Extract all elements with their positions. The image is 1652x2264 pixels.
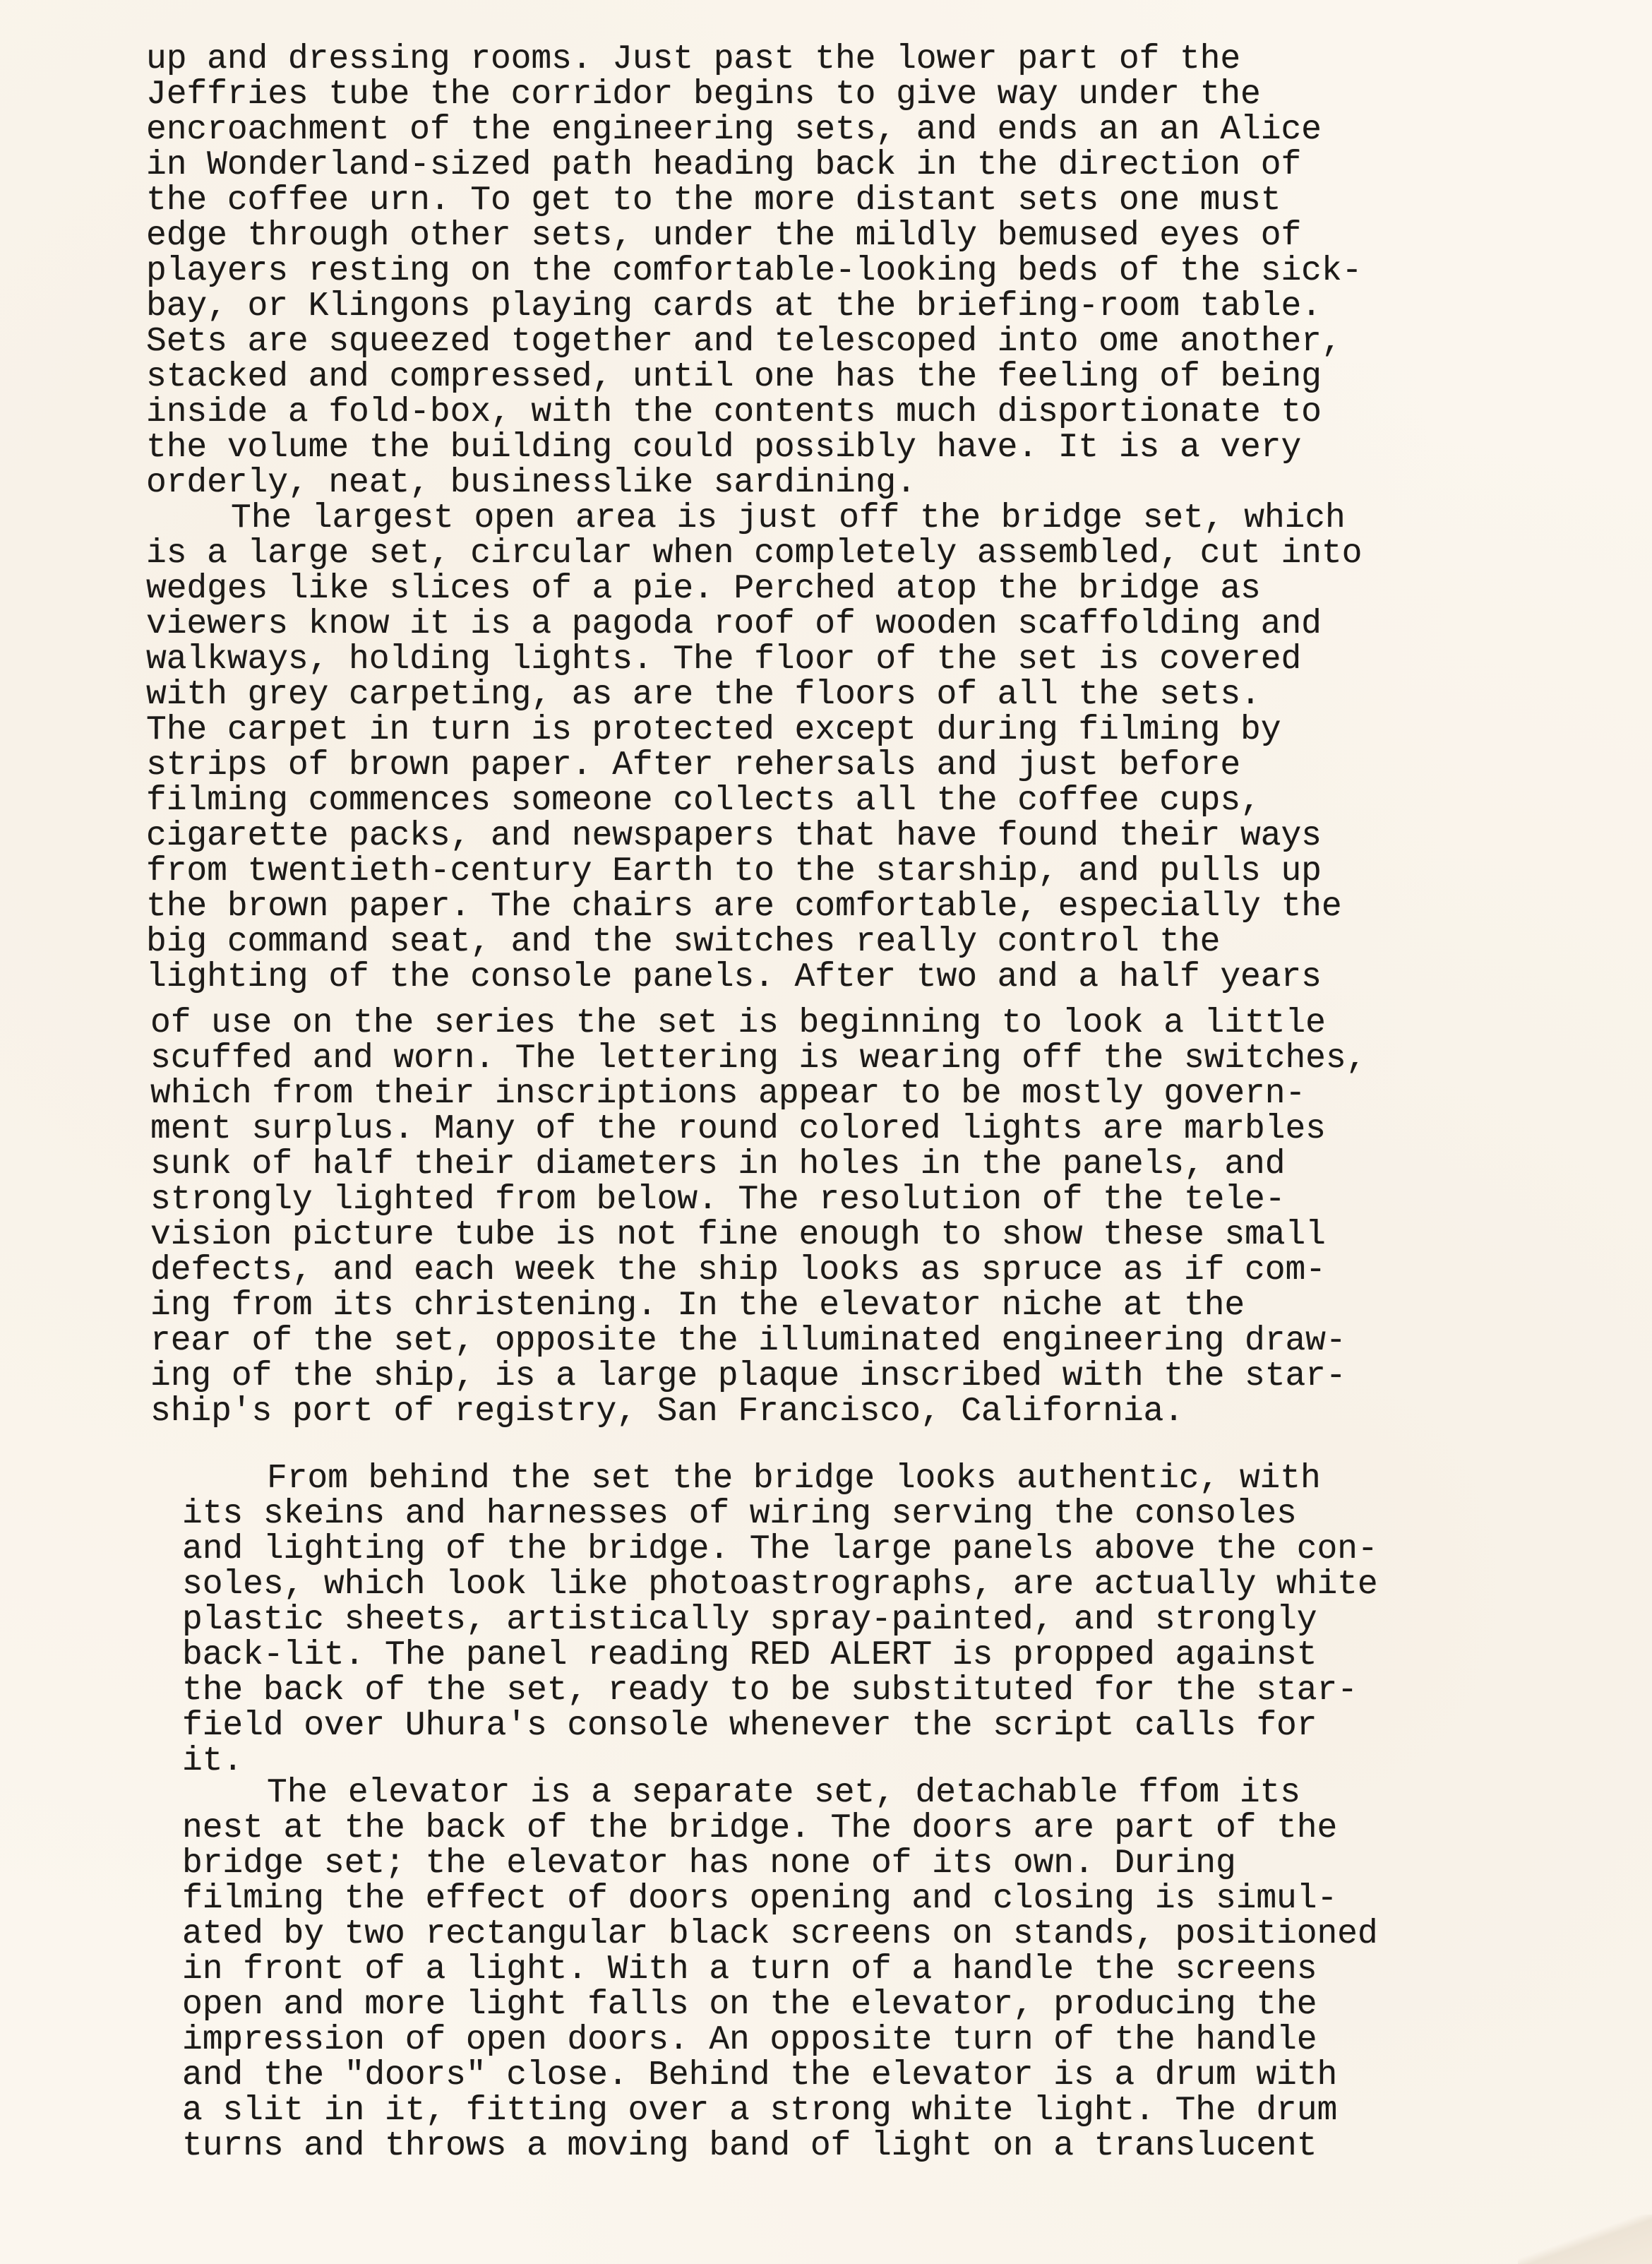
text-line: bridge set; the elevator has none of its…	[182, 1846, 1378, 1881]
text-line: the volume the building could possibly h…	[146, 430, 1362, 465]
text-line: strongly lighted from below. The resolut…	[150, 1182, 1366, 1217]
text-block-set-wear: of use on the series the set is beginnin…	[150, 1006, 1366, 1429]
text-line: and lighting of the bridge. The large pa…	[182, 1532, 1378, 1567]
text-line: filming commences someone collects all t…	[146, 783, 1362, 818]
text-line: the back of the set, ready to be substit…	[182, 1673, 1378, 1708]
text-line: is a large set, circular when completely…	[146, 536, 1362, 571]
text-line: with grey carpeting, as are the floors o…	[146, 677, 1362, 713]
text-line: ated by two rectangular black screens on…	[182, 1917, 1378, 1952]
text-line: ing from its christening. In the elevato…	[150, 1288, 1366, 1323]
typewritten-page: up and dressing rooms. Just past the low…	[0, 0, 1652, 2264]
text-line: Sets are squeezed together and telescope…	[146, 324, 1362, 359]
text-line: big command seat, and the switches reall…	[146, 924, 1362, 960]
page-corner-curl	[1518, 2215, 1652, 2264]
text-line: of use on the series the set is beginnin…	[150, 1006, 1366, 1041]
text-line: turns and throws a moving band of light …	[182, 2128, 1378, 2164]
text-line: sunk of half their diameters in holes in…	[150, 1147, 1366, 1182]
text-line: inside a fold-box, with the contents muc…	[146, 395, 1362, 430]
text-block-behind-the-set: From behind the set the bridge looks aut…	[182, 1461, 1378, 1779]
text-line: defects, and each week the ship looks as…	[150, 1253, 1366, 1288]
text-line: orderly, neat, businesslike sardining.	[146, 465, 1362, 501]
text-line: up and dressing rooms. Just past the low…	[146, 42, 1362, 77]
text-line: the brown paper. The chairs are comforta…	[146, 889, 1362, 924]
text-line: strips of brown paper. After rehersals a…	[146, 748, 1362, 783]
text-line: vision picture tube is not fine enough t…	[150, 1217, 1366, 1253]
text-line: and the "doors" close. Behind the elevat…	[182, 2058, 1378, 2093]
text-line: players resting on the comfortable-looki…	[146, 254, 1362, 289]
text-line: filming the effect of doors opening and …	[182, 1881, 1378, 1917]
text-line: stacked and compressed, until one has th…	[146, 359, 1362, 395]
text-line: impression of open doors. An opposite tu…	[182, 2022, 1378, 2058]
text-line: viewers know it is a pagoda roof of wood…	[146, 607, 1362, 642]
text-line: in Wonderland-sized path heading back in…	[146, 148, 1362, 183]
text-line: bay, or Klingons playing cards at the br…	[146, 289, 1362, 324]
text-block-bridge-set-intro: up and dressing rooms. Just past the low…	[146, 42, 1362, 995]
text-line: rear of the set, opposite the illuminate…	[150, 1323, 1366, 1359]
text-line: a slit in it, fitting over a strong whit…	[182, 2093, 1378, 2128]
text-line: wedges like slices of a pie. Perched ato…	[146, 571, 1362, 607]
text-line: ship's port of registry, San Francisco, …	[150, 1394, 1366, 1429]
text-line: from twentieth-century Earth to the star…	[146, 854, 1362, 889]
text-line: ment surplus. Many of the round colored …	[150, 1112, 1366, 1147]
text-line: The carpet in turn is protected except d…	[146, 713, 1362, 748]
text-line: From behind the set the bridge looks aut…	[182, 1461, 1378, 1496]
text-line: The elevator is a separate set, detachab…	[182, 1775, 1378, 1811]
text-line: lighting of the console panels. After tw…	[146, 960, 1362, 995]
text-block-elevator: The elevator is a separate set, detachab…	[182, 1775, 1378, 2164]
text-line: which from their inscriptions appear to …	[150, 1076, 1366, 1112]
text-line: soles, which look like photoastrographs,…	[182, 1567, 1378, 1602]
text-line: open and more light falls on the elevato…	[182, 1987, 1378, 2022]
text-line: encroachment of the engineering sets, an…	[146, 112, 1362, 148]
text-line: back-lit. The panel reading RED ALERT is…	[182, 1638, 1378, 1673]
text-line: its skeins and harnesses of wiring servi…	[182, 1496, 1378, 1532]
text-line: scuffed and worn. The lettering is weari…	[150, 1041, 1366, 1076]
text-line: Jeffries tube the corridor begins to giv…	[146, 77, 1362, 112]
text-line: the coffee urn. To get to the more dista…	[146, 183, 1362, 218]
text-line: cigarette packs, and newspapers that hav…	[146, 818, 1362, 854]
text-line: ing of the ship, is a large plaque inscr…	[150, 1359, 1366, 1394]
text-line: nest at the back of the bridge. The door…	[182, 1811, 1378, 1846]
text-line: edge through other sets, under the mildl…	[146, 218, 1362, 254]
text-line: in front of a light. With a turn of a ha…	[182, 1952, 1378, 1987]
text-line: The largest open area is just off the br…	[146, 501, 1362, 536]
text-line: field over Uhura's console whenever the …	[182, 1708, 1378, 1744]
text-line: walkways, holding lights. The floor of t…	[146, 642, 1362, 677]
text-line: plastic sheets, artistically spray-paint…	[182, 1602, 1378, 1638]
